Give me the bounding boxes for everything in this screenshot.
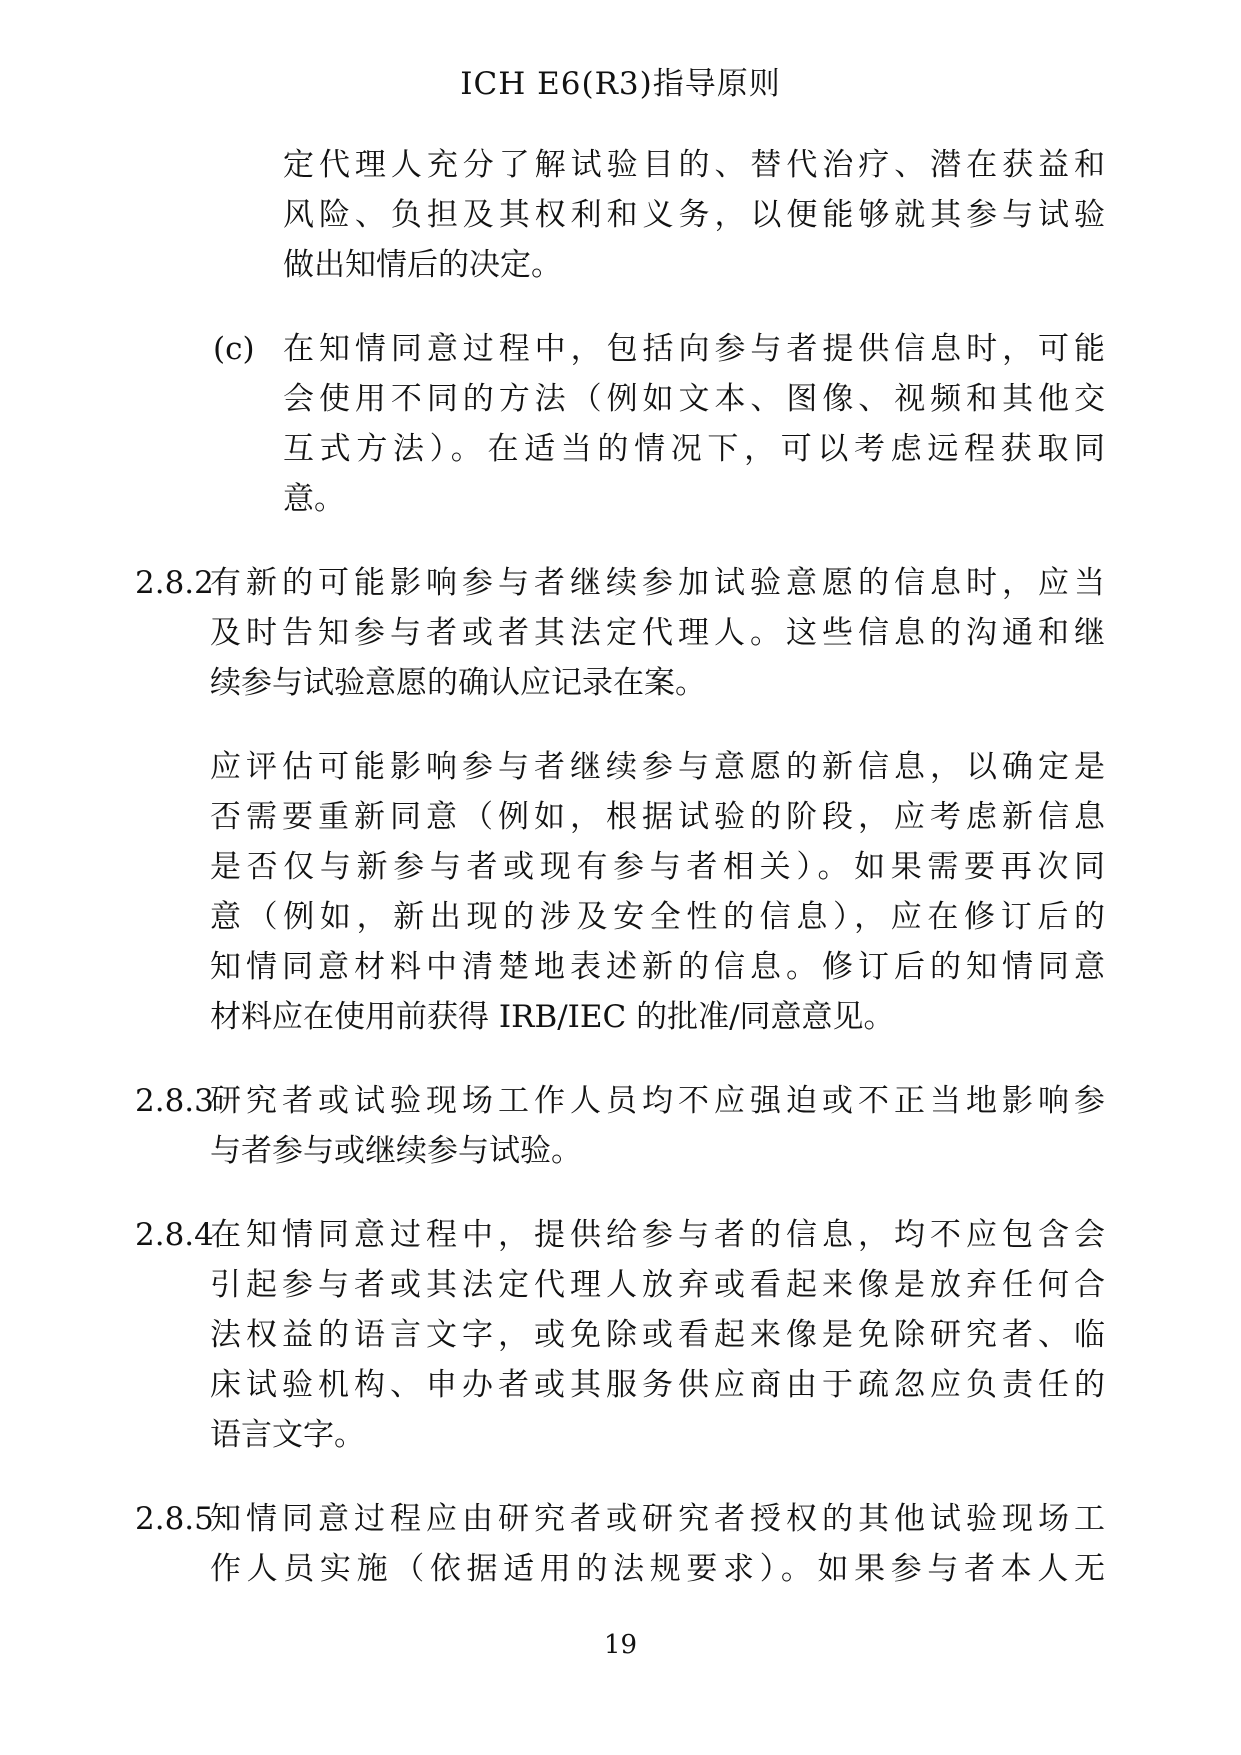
section-2-8-4-number: 2.8.4	[135, 1210, 210, 1260]
section-2-8-2-paragraph-2: 应评估可能影响参与者继续参与意愿的新信息，以确定是否需要重新同意（例如，根据试验…	[210, 742, 1105, 1042]
section-2-8-5-text: 知情同意过程应由研究者或研究者授权的其他试验现场工作人员实施（依据适用的法规要求…	[210, 1494, 1105, 1594]
section-2-8-2-text: 有新的可能影响参与者继续参加试验意愿的信息时，应当及时告知参与者或者其法定代理人…	[210, 558, 1105, 708]
text-line: 作人员实施（依据适用的法规要求）。如果参与者本人无	[210, 1544, 1105, 1594]
section-2-8-5-number: 2.8.5	[135, 1494, 210, 1544]
text-line: 意（例如，新出现的涉及安全性的信息），应在修订后的	[210, 892, 1105, 942]
list-item-c: (c) 在知情同意过程中，包括向参与者提供信息时，可能会使用不同的方法（例如文本…	[213, 324, 1105, 524]
text-line: 意。	[283, 474, 1105, 524]
text-line: 及时告知参与者或者其法定代理人。这些信息的沟通和继	[210, 608, 1105, 658]
text-line: 在知情同意过程中，提供给参与者的信息，均不应包含会	[210, 1210, 1105, 1260]
section-2-8-3-text: 研究者或试验现场工作人员均不应强迫或不正当地影响参与者参与或继续参与试验。	[210, 1076, 1105, 1176]
text-line: 材料应在使用前获得 IRB/IEC 的批准/同意意见。	[210, 992, 1105, 1042]
section-2-8-4: 2.8.4 在知情同意过程中，提供给参与者的信息，均不应包含会引起参与者或其法定…	[135, 1210, 1105, 1460]
text-line: 知情同意材料中清楚地表述新的信息。修订后的知情同意	[210, 942, 1105, 992]
page-header-title: ICH E6(R3)指导原则	[0, 0, 1241, 104]
section-2-8-2-number: 2.8.2	[135, 558, 210, 608]
section-2-8-4-text: 在知情同意过程中，提供给参与者的信息，均不应包含会引起参与者或其法定代理人放弃或…	[210, 1210, 1105, 1460]
text-line: 研究者或试验现场工作人员均不应强迫或不正当地影响参	[210, 1076, 1105, 1126]
paragraph-continuation: 定代理人充分了解试验目的、替代治疗、潜在获益和风险、负担及其权利和义务，以便能够…	[283, 140, 1105, 290]
list-item-c-text: 在知情同意过程中，包括向参与者提供信息时，可能会使用不同的方法（例如文本、图像、…	[283, 324, 1105, 524]
text-line: 是否仅与新参与者或现有参与者相关）。如果需要再次同	[210, 842, 1105, 892]
text-line: 应评估可能影响参与者继续参与意愿的新信息，以确定是	[210, 742, 1105, 792]
text-line: 床试验机构、申办者或其服务供应商由于疏忽应负责任的	[210, 1360, 1105, 1410]
text-line: 语言文字。	[210, 1410, 1105, 1460]
list-item-c-label: (c)	[213, 324, 283, 374]
section-2-8-2: 2.8.2 有新的可能影响参与者继续参加试验意愿的信息时，应当及时告知参与者或者…	[135, 558, 1105, 708]
text-line: 有新的可能影响参与者继续参加试验意愿的信息时，应当	[210, 558, 1105, 608]
text-line: 法权益的语言文字，或免除或看起来像是免除研究者、临	[210, 1310, 1105, 1360]
text-line: 在知情同意过程中，包括向参与者提供信息时，可能	[283, 324, 1105, 374]
text-line: 互式方法）。在适当的情况下，可以考虑远程获取同	[283, 424, 1105, 474]
document-body: 定代理人充分了解试验目的、替代治疗、潜在获益和风险、负担及其权利和义务，以便能够…	[0, 104, 1241, 1594]
text-line: 做出知情后的决定。	[283, 240, 1105, 290]
section-2-8-5: 2.8.5 知情同意过程应由研究者或研究者授权的其他试验现场工作人员实施（依据适…	[135, 1494, 1105, 1594]
section-2-8-3-number: 2.8.3	[135, 1076, 210, 1126]
text-line: 知情同意过程应由研究者或研究者授权的其他试验现场工	[210, 1494, 1105, 1544]
text-line: 风险、负担及其权利和义务，以便能够就其参与试验	[283, 190, 1105, 240]
text-line: 引起参与者或其法定代理人放弃或看起来像是放弃任何合	[210, 1260, 1105, 1310]
text-line: 与者参与或继续参与试验。	[210, 1126, 1105, 1176]
section-2-8-3: 2.8.3 研究者或试验现场工作人员均不应强迫或不正当地影响参与者参与或继续参与…	[135, 1076, 1105, 1176]
text-line: 定代理人充分了解试验目的、替代治疗、潜在获益和	[283, 140, 1105, 190]
text-line: 否需要重新同意（例如，根据试验的阶段，应考虑新信息	[210, 792, 1105, 842]
page-number: 19	[0, 1630, 1241, 1660]
text-line: 会使用不同的方法（例如文本、图像、视频和其他交	[283, 374, 1105, 424]
text-line: 续参与试验意愿的确认应记录在案。	[210, 658, 1105, 708]
document-page: ICH E6(R3)指导原则 定代理人充分了解试验目的、替代治疗、潜在获益和风险…	[0, 0, 1241, 1755]
